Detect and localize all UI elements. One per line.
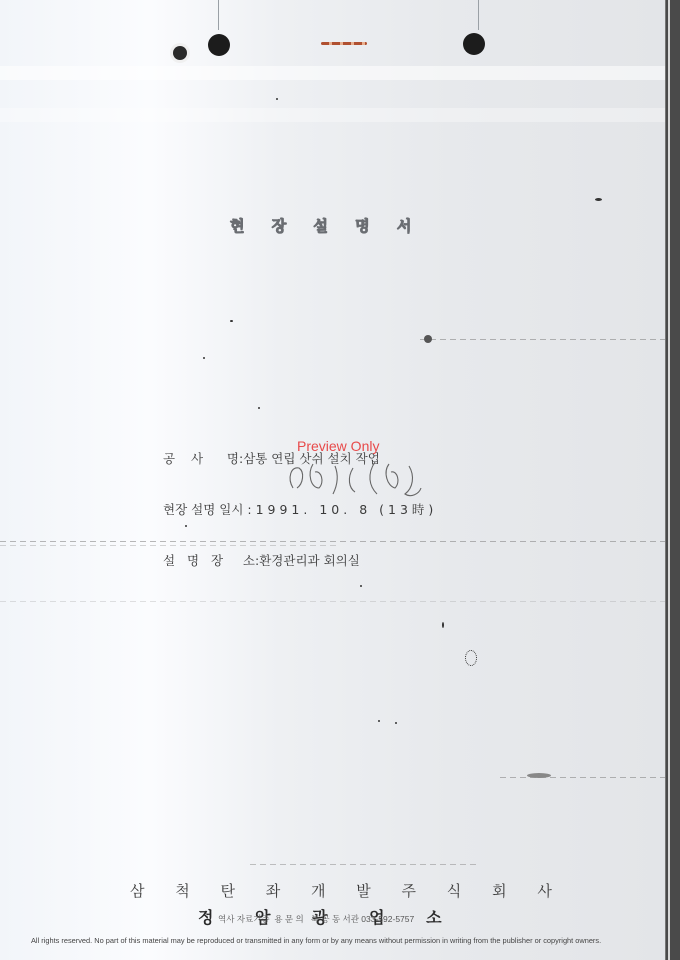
- scan-speck: [360, 585, 362, 587]
- punch-hole: [208, 34, 230, 56]
- field-briefing-location: 설 명 장 소:환경관리과 회의실: [163, 551, 360, 569]
- scan-band: [0, 108, 666, 122]
- field-value: 환경관리과 회의실: [259, 553, 360, 568]
- scan-speck: [230, 320, 233, 322]
- copyright-notice: All rights reserved. No part of this mat…: [31, 936, 601, 945]
- scan-line: [0, 601, 666, 602]
- scan-line: [0, 541, 666, 542]
- scan-speck: [465, 650, 477, 666]
- scanned-document-page: 현 장 설 명 서 공 사 명:삼통 연립 삿쉬 설치 작업 현장 설명 일시 …: [0, 0, 666, 960]
- scan-speck: [258, 407, 260, 409]
- punch-hole: [463, 33, 485, 55]
- scan-speck: [395, 722, 397, 724]
- document-title: 현 장 설 명 서: [230, 215, 422, 236]
- scan-line: [420, 339, 666, 340]
- preview-watermark: Preview Only: [297, 438, 379, 454]
- scan-speck: [185, 525, 187, 527]
- field-value: 1991. 10. 8 (13時): [256, 502, 438, 517]
- scan-line: [250, 864, 480, 865]
- issuer-company: 삼 척 탄 좌 개 발 주 식 회 사: [130, 880, 565, 901]
- scan-speck: [527, 773, 551, 778]
- scan-speck: [442, 622, 444, 628]
- field-briefing-datetime: 현장 설명 일시 : 1991. 10. 8 (13時): [163, 500, 437, 518]
- scan-band: [0, 66, 666, 80]
- field-label: 설 명 장 소: [163, 553, 255, 568]
- scan-line: [0, 545, 340, 546]
- fold-mark: [478, 0, 479, 30]
- staple-mark: [321, 42, 367, 45]
- scan-speck: [276, 98, 278, 100]
- scan-border: [666, 0, 680, 960]
- fold-mark: [218, 0, 219, 30]
- archive-stamp-text: 역사 자료기증 용 문 의 북 공 동 서관 033-592-5757: [218, 913, 414, 925]
- punch-hole: [173, 46, 187, 60]
- scan-speck: [203, 357, 205, 359]
- field-separator: :: [243, 502, 255, 517]
- field-label: 공 사 명: [163, 451, 239, 466]
- scan-line: [500, 777, 666, 778]
- field-label: 현장 설명 일시: [163, 502, 243, 517]
- scan-speck: [378, 720, 380, 722]
- handwritten-marks: [285, 458, 425, 498]
- scan-speck: [424, 335, 432, 343]
- scan-speck: [595, 198, 602, 201]
